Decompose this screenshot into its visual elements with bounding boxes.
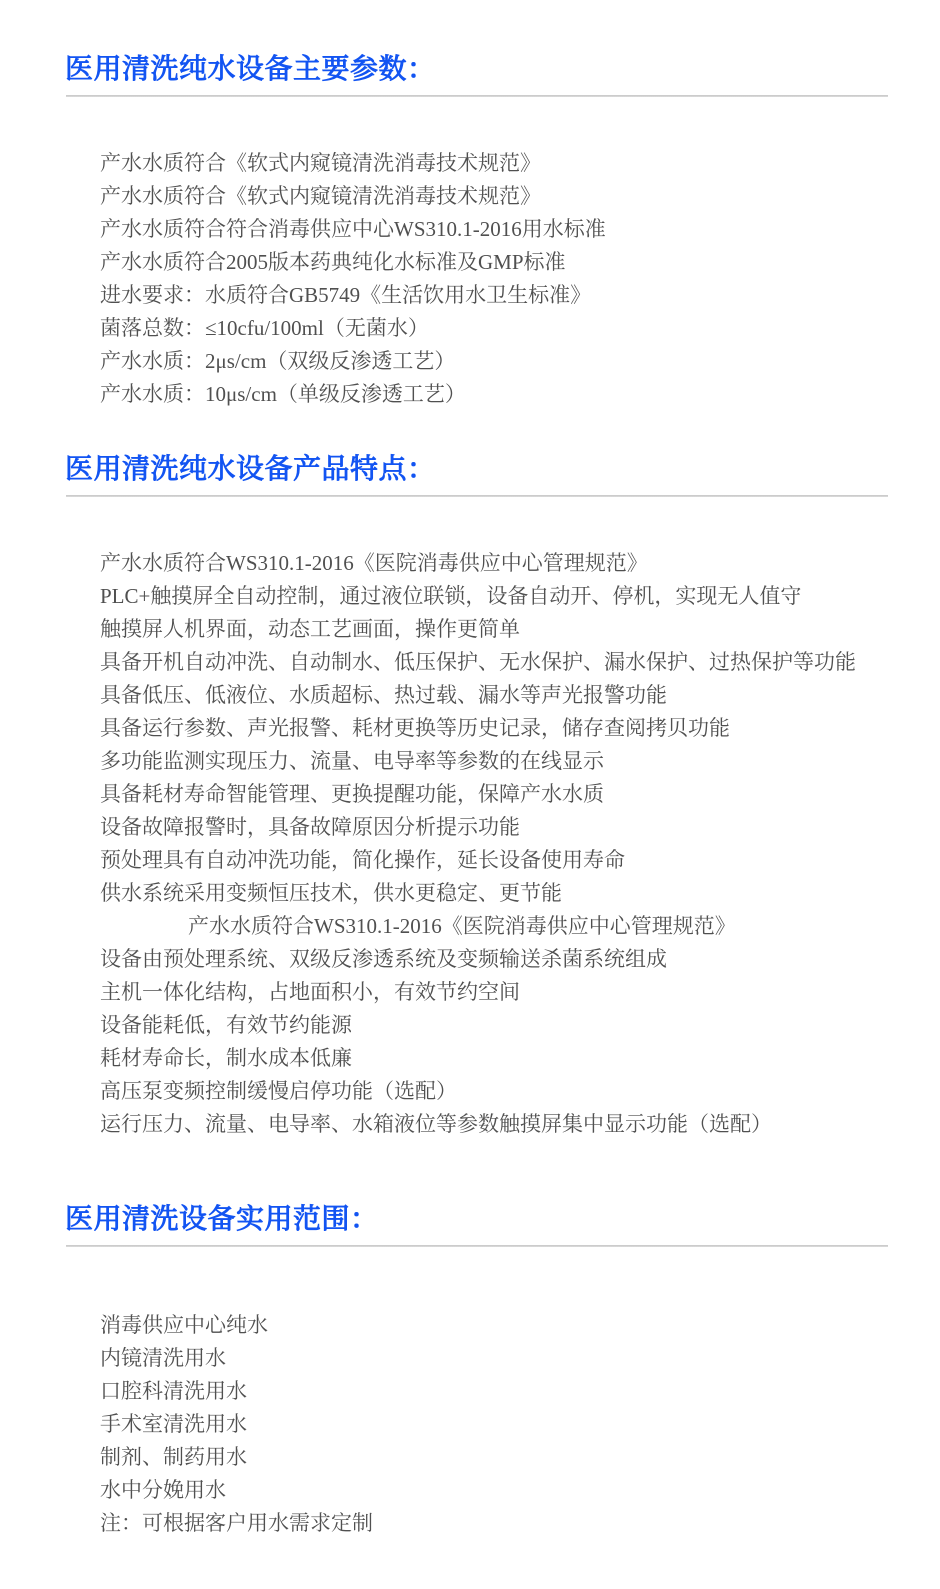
list-item: 具备耗材寿命智能管理、更换提醒功能，保障产水水质	[100, 778, 910, 811]
features-list: 产水水质符合WS310.1-2016《医院消毒供应中心管理规范》 PLC+触摸屏…	[100, 547, 910, 1141]
scope-list: 消毒供应中心纯水 内镜清洗用水 口腔科清洗用水 手术室清洗用水 制剂、制药用水 …	[100, 1309, 910, 1540]
section-divider	[66, 95, 888, 97]
list-item: 设备能耗低，有效节约能源	[100, 1009, 910, 1042]
list-item: 产水水质符合2005版本药典纯化水标准及GMP标准	[100, 246, 910, 279]
list-item: 具备低压、低液位、水质超标、热过载、漏水等声光报警功能	[100, 679, 910, 712]
list-item: 产水水质符合《软式内窥镜清洗消毒技术规范》	[100, 180, 910, 213]
list-item: 口腔科清洗用水	[100, 1375, 910, 1408]
list-item: PLC+触摸屏全自动控制，通过液位联锁，设备自动开、停机，实现无人值守	[100, 580, 910, 613]
section-title-parameters: 医用清洗纯水设备主要参数：	[65, 53, 888, 85]
section-divider	[66, 495, 888, 497]
list-item: 产水水质符合《软式内窥镜清洗消毒技术规范》	[100, 147, 910, 180]
list-item: 多功能监测实现压力、流量、电导率等参数的在线显示	[100, 745, 910, 778]
list-item: 水中分娩用水	[100, 1474, 910, 1507]
list-item: 高压泵变频控制缓慢启停功能（选配）	[100, 1075, 910, 1108]
list-item: 产水水质符合WS310.1-2016《医院消毒供应中心管理规范》	[100, 547, 910, 580]
section-divider	[66, 1245, 888, 1247]
list-item: 预处理具有自动冲洗功能，简化操作，延长设备使用寿命	[100, 844, 910, 877]
product-detail-page: 医用清洗纯水设备主要参数： 产水水质符合《软式内窥镜清洗消毒技术规范》 产水水质…	[0, 0, 940, 1589]
list-item: 进水要求：水质符合GB5749《生活饮用水卫生标准》	[100, 279, 910, 312]
list-item: 产水水质符合WS310.1-2016《医院消毒供应中心管理规范》	[100, 910, 910, 943]
section-features: 医用清洗纯水设备产品特点： 产水水质符合WS310.1-2016《医院消毒供应中…	[0, 453, 940, 1141]
section-title-features: 医用清洗纯水设备产品特点：	[65, 453, 888, 485]
list-item: 触摸屏人机界面，动态工艺画面，操作更简单	[100, 613, 910, 646]
list-item: 耗材寿命长，制水成本低廉	[100, 1042, 910, 1075]
list-item: 设备由预处理系统、双级反渗透系统及变频输送杀菌系统组成	[100, 943, 910, 976]
list-item: 产水水质：2μs/cm（双级反渗透工艺）	[100, 345, 910, 378]
list-item: 产水水质符合符合消毒供应中心WS310.1-2016用水标准	[100, 213, 910, 246]
section-title-scope: 医用清洗设备实用范围：	[65, 1203, 888, 1235]
list-item: 菌落总数：≤10cfu/100ml（无菌水）	[100, 312, 910, 345]
list-item: 具备开机自动冲洗、自动制水、低压保护、无水保护、漏水保护、过热保护等功能	[100, 646, 910, 679]
list-item: 内镜清洗用水	[100, 1342, 910, 1375]
section-scope: 医用清洗设备实用范围： 消毒供应中心纯水 内镜清洗用水 口腔科清洗用水 手术室清…	[0, 1203, 940, 1540]
list-item: 设备故障报警时，具备故障原因分析提示功能	[100, 811, 910, 844]
list-item: 消毒供应中心纯水	[100, 1309, 910, 1342]
list-item: 产水水质：10μs/cm（单级反渗透工艺）	[100, 378, 910, 411]
list-item: 运行压力、流量、电导率、水箱液位等参数触摸屏集中显示功能（选配）	[100, 1108, 910, 1141]
section-parameters: 医用清洗纯水设备主要参数： 产水水质符合《软式内窥镜清洗消毒技术规范》 产水水质…	[0, 53, 940, 411]
list-item: 具备运行参数、声光报警、耗材更换等历史记录，储存查阅拷贝功能	[100, 712, 910, 745]
list-item: 手术室清洗用水	[100, 1408, 910, 1441]
list-item: 主机一体化结构，占地面积小，有效节约空间	[100, 976, 910, 1009]
list-item: 供水系统采用变频恒压技术，供水更稳定、更节能	[100, 877, 910, 910]
list-item: 注：可根据客户用水需求定制	[100, 1507, 910, 1540]
parameters-list: 产水水质符合《软式内窥镜清洗消毒技术规范》 产水水质符合《软式内窥镜清洗消毒技术…	[100, 147, 910, 411]
list-item: 制剂、制药用水	[100, 1441, 910, 1474]
